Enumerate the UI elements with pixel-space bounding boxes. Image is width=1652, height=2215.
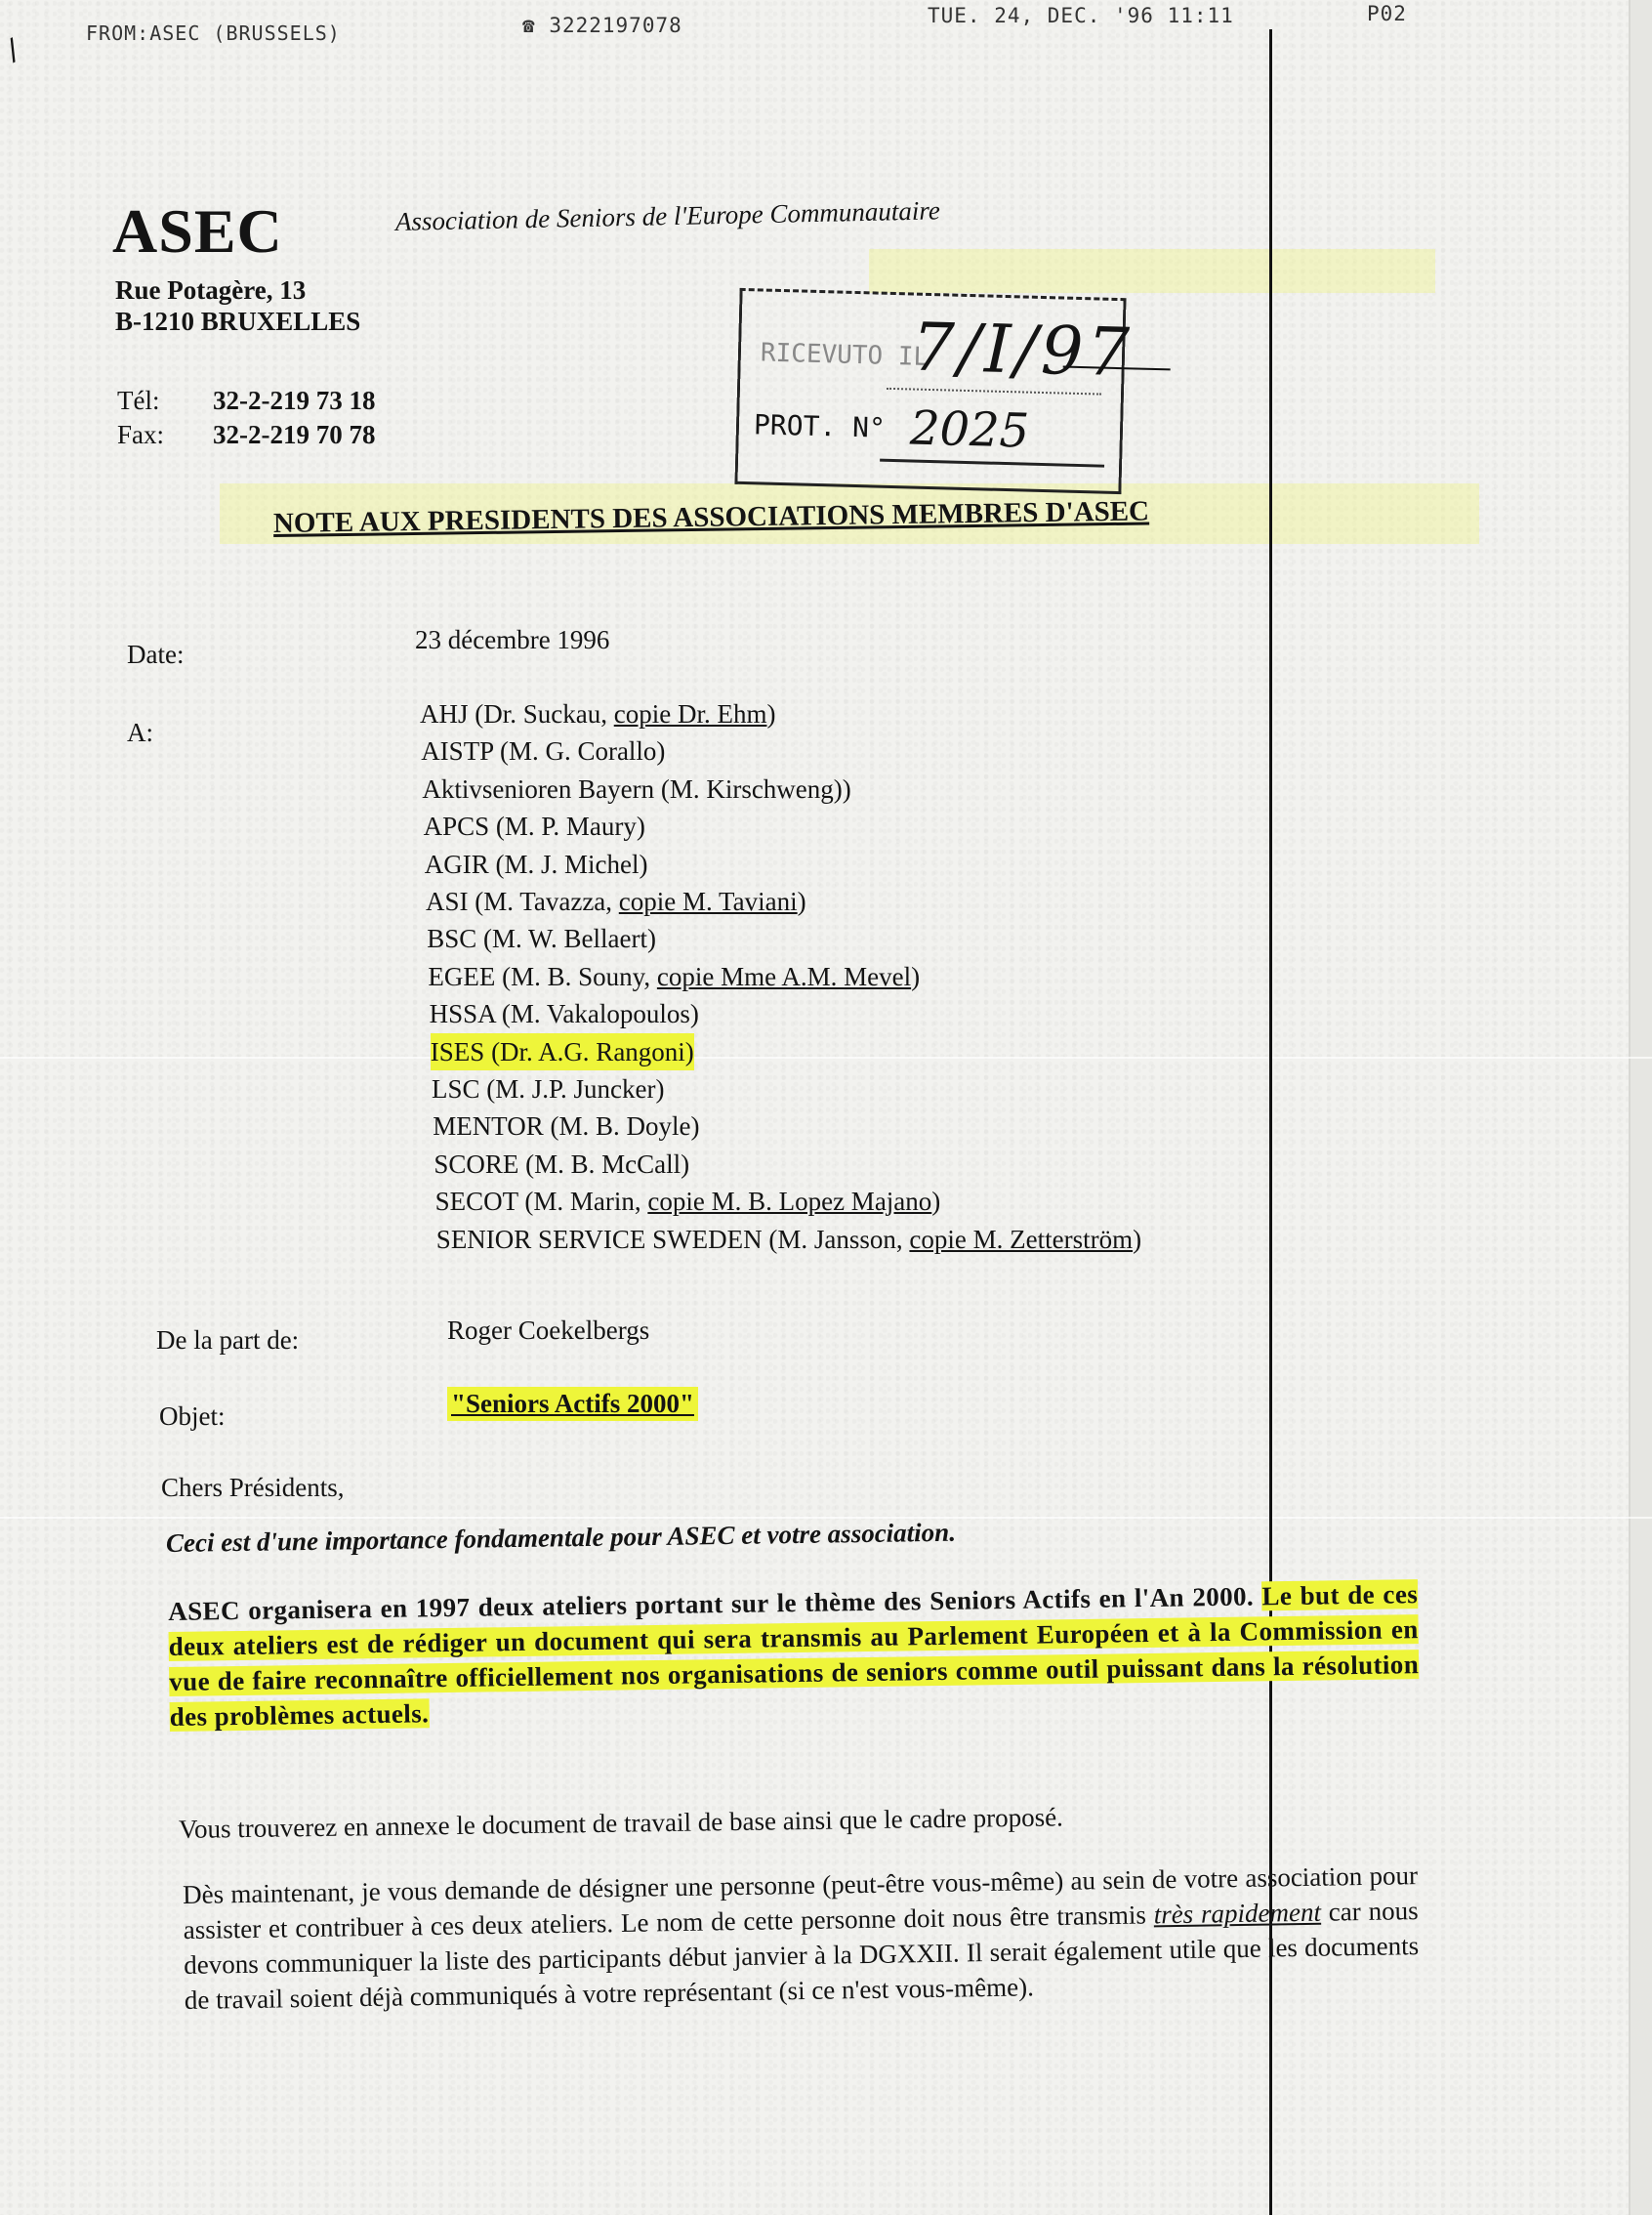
fax-number: 32-2-219 70 78 [213, 420, 375, 450]
recipient-name: MENTOR (M. B. Doyle) [433, 1111, 699, 1141]
recipient-copy: copie Mme A.M. Mevel [657, 962, 911, 991]
recipient-item: LSC (M. J.P. Juncker) [432, 1070, 665, 1107]
recipient-copy: copie M. B. Lopez Majano [647, 1187, 931, 1216]
recipient-copy: copie Dr. Ehm [614, 699, 767, 729]
tel-label: Tél: [117, 386, 159, 416]
recipient-name: APCS (M. P. Maury) [424, 812, 645, 841]
fax-label: Fax: [117, 420, 164, 450]
recipient-item: SCORE (M. B. McCall) [434, 1146, 689, 1183]
recipient-item: AGIR (M. J. Michel) [425, 846, 648, 883]
recipient-item: HSSA (M. Vakalopoulos) [430, 995, 699, 1032]
stamp-prot-line [880, 459, 1104, 468]
recipient-name: EGEE (M. B. Souny, [428, 962, 657, 991]
recipient-item: ISES (Dr. A.G. Rangoni) [431, 1033, 694, 1070]
stamp-received-date: 7/I/97 [911, 310, 1134, 393]
stamp-received-label: RICEVUTO IL [761, 338, 929, 371]
subject-value: "Seniors Actifs 2000" [447, 1387, 698, 1421]
received-stamp: RICEVUTO IL 7/I/97 PROT. N° 2025 [734, 288, 1126, 494]
recipient-item: MENTOR (M. B. Doyle) [433, 1107, 699, 1145]
logo: ASEC [112, 195, 283, 268]
recipient-item: ASI (M. Tavazza, copie M. Taviani) [426, 883, 806, 920]
fax-sender: FROM:ASEC (BRUSSELS) [86, 21, 341, 45]
recipient-name: ASI (M. Tavazza, [426, 887, 619, 916]
recipient-name: Aktivsenioren Bayern (M. Kirschweng)) [422, 774, 850, 804]
recipient-name: AHJ (Dr. Suckau, [420, 699, 614, 729]
recipient-name: LSC (M. J.P. Juncker) [432, 1074, 665, 1104]
date-label: Date: [127, 640, 184, 670]
recipient-name: SECOT (M. Marin, [435, 1187, 648, 1216]
paragraph-workshops: ASEC organisera en 1997 deux ateliers po… [168, 1576, 1420, 1734]
recipient-name: BSC (M. W. Bellaert) [427, 924, 656, 953]
recipient-name: AISTP (M. G. Corallo) [421, 736, 665, 766]
recipient-item: AHJ (Dr. Suckau, copie Dr. Ehm) [420, 695, 775, 732]
salutation: Chers Présidents, [161, 1473, 344, 1503]
recipient-item: EGEE (M. B. Souny, copie Mme A.M. Mevel) [428, 958, 920, 995]
recipient-item: SECOT (M. Marin, copie M. B. Lopez Majan… [435, 1183, 941, 1220]
address-street: Rue Potagère, 13 [115, 275, 306, 306]
date-value: 23 décembre 1996 [415, 625, 609, 655]
from-label: De la part de: [156, 1325, 299, 1356]
emphasized-text: très rapidement [1153, 1898, 1321, 1930]
recipient-item: BSC (M. W. Bellaert) [427, 920, 656, 957]
recipient-item: SENIOR SERVICE SWEDEN (M. Jansson, copie… [436, 1221, 1141, 1258]
fax-phone: ☎ 3222197078 [522, 14, 682, 37]
page-edge [1629, 0, 1652, 2215]
recipient-name: SCORE (M. B. McCall) [434, 1149, 689, 1179]
address-city: B-1210 BRUXELLES [115, 307, 360, 337]
fax-datetime: TUE. 24, DEC. '96 11:11 [928, 4, 1234, 27]
from-value: Roger Coekelbergs [447, 1316, 649, 1346]
stamp-prot-number: 2025 [909, 400, 1030, 458]
recipient-item: APCS (M. P. Maury) [424, 808, 645, 845]
recipient-item: AISTP (M. G. Corallo) [421, 732, 665, 770]
tel-number: 32-2-219 73 18 [213, 386, 375, 416]
fax-page-number: P02 [1367, 2, 1407, 25]
to-label: A: [127, 718, 153, 748]
recipient-name: ISES (Dr. A.G. Rangoni) [431, 1037, 694, 1066]
recipient-name: SENIOR SERVICE SWEDEN (M. Jansson, [436, 1225, 910, 1254]
recipient-name: AGIR (M. J. Michel) [425, 850, 648, 879]
recipient-item: Aktivsenioren Bayern (M. Kirschweng)) [422, 771, 850, 808]
paragraph-request: Dès maintenant, je vous demande de désig… [183, 1858, 1420, 2018]
stamp-prot-label: PROT. N° [754, 408, 887, 444]
telephone-icon: ☎ [522, 14, 536, 37]
recipient-copy: copie M. Taviani [619, 887, 798, 916]
recipient-copy: copie M. Zetterström [909, 1225, 1133, 1254]
subject-label: Objet: [159, 1401, 226, 1432]
fax-phone-number: 3222197078 [549, 14, 681, 37]
recipient-name: HSSA (M. Vakalopoulos) [430, 999, 699, 1028]
recipient-list: AHJ (Dr. Suckau, copie Dr. Ehm)AISTP (M.… [420, 695, 1141, 1258]
faint-highlight [869, 249, 1435, 293]
